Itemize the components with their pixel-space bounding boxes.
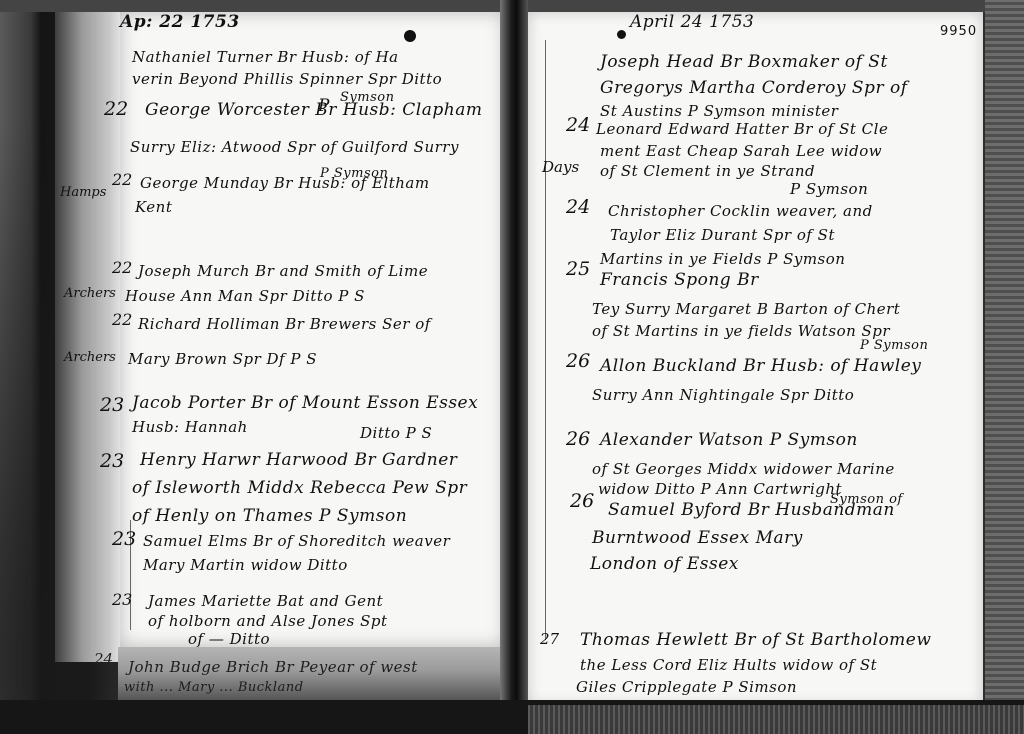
entry-line: of Henly on Thames P Symson (132, 506, 407, 526)
entry-line: widow Ditto P Ann Cartwright (598, 480, 842, 498)
entry-line: Burntwood Essex Mary (592, 528, 803, 548)
entry-line: P (318, 96, 330, 116)
entry-line: George Worcester Br Husb: Clapham (145, 100, 482, 120)
entry-line: Ditto P S (360, 424, 432, 442)
entry-date: 24 (94, 650, 113, 668)
entry-line: Jacob Porter Br of Mount Esson Essex (132, 393, 478, 413)
entry-line: verin Beyond Phillis Spinner Spr Ditto (132, 70, 442, 88)
book-spine (500, 0, 528, 734)
entry-line: Samuel Elms Br of Shoreditch weaver (143, 532, 450, 550)
entry-line: ment East Cheap Sarah Lee widow (600, 142, 882, 160)
entry-line: Henry Harwr Harwood Br Gardner (140, 450, 457, 470)
entry-line: Surry Eliz: Atwood Spr of Guilford Surry (130, 138, 459, 156)
entry-line: St Austins P Symson minister (600, 102, 838, 120)
entry-line: Allon Buckland Br Husb: of Hawley (600, 356, 921, 376)
entry-line: Nathaniel Turner Br Husb: of Ha (132, 48, 399, 66)
film-bottom-edge-right (528, 705, 1024, 734)
entry-line: P Symson (320, 166, 388, 181)
entry-line: Symson of (830, 492, 903, 507)
margin-note: Hamps (60, 185, 106, 200)
entry-date: 23 (112, 590, 132, 609)
entry-line: House Ann Man Spr Ditto P S (125, 287, 365, 305)
entry-line: Richard Holliman Br Brewers Ser of (138, 315, 431, 333)
entry-date: 25 (566, 258, 590, 280)
entry-date: 26 (566, 350, 590, 372)
entry-line: of — Ditto (188, 630, 270, 648)
entry-line: London of Essex (590, 554, 739, 574)
entry-line: P Symson (860, 338, 928, 353)
entry-line: Martins in ye Fields P Symson (600, 250, 845, 268)
entry-date: 27 (540, 630, 559, 648)
entry-line: Tey Surry Margaret B Barton of Chert (592, 300, 900, 318)
entry-line: of St Georges Middx widower Marine (592, 460, 895, 478)
entry-line: Mary Martin widow Ditto (143, 556, 348, 574)
ink-blot (404, 30, 416, 42)
entry-date: 22 (112, 258, 132, 277)
left-page-header: Ap: 22 1753 (120, 12, 240, 32)
right-margin-rule (545, 40, 546, 640)
entry-line: Kent (135, 198, 172, 216)
entry-date: 26 (570, 490, 594, 512)
entry-date: 24 (566, 114, 590, 136)
entry-line: Leonard Edward Hatter Br of St Cle (596, 120, 888, 138)
left-page-footer-strip (118, 647, 508, 705)
entry-line: Taylor Eliz Durant Spr of St (610, 226, 835, 244)
folio-number: 9950 (940, 24, 977, 39)
entry-date: 26 (566, 428, 590, 450)
entry-line: James Mariette Bat and Gent (148, 592, 383, 610)
entry-line: Giles Cripplegate P Simson (576, 678, 797, 696)
entry-line: Christopher Cocklin weaver, and (608, 202, 873, 220)
ink-blot (617, 30, 626, 39)
entry-line: Joseph Head Br Boxmaker of St (600, 52, 888, 72)
entry-line: Surry Ann Nightingale Spr Ditto (592, 386, 854, 404)
entry-date: 23 (112, 528, 136, 550)
entry-line: Husb: Hannah (132, 418, 248, 436)
entry-line: the Less Cord Eliz Hults widow of St (580, 656, 877, 674)
margin-note: Archers (64, 350, 116, 365)
entry-line: of St Martins in ye fields Watson Spr (592, 322, 890, 340)
entry-date: 24 (566, 196, 590, 218)
right-page-header: April 24 1753 (630, 12, 754, 32)
entry-line: John Budge Brich Br Peyear of west (128, 658, 418, 676)
entry-date: 22 (104, 98, 128, 120)
entry-line: P Symson (790, 180, 868, 198)
entry-line: of Isleworth Middx Rebecca Pew Spr (132, 478, 467, 498)
entry-line: Alexander Watson P Symson (600, 430, 858, 450)
entry-date: 23 (100, 450, 124, 472)
entry-line: Joseph Murch Br and Smith of Lime (138, 262, 428, 280)
entry-line: Francis Spong Br (600, 270, 759, 290)
right-page-edge (985, 0, 1024, 734)
entry-line: of holborn and Alse Jones Spt (148, 612, 387, 630)
margin-note: Days (542, 158, 579, 176)
entry-line: Gregorys Martha Corderoy Spr of (600, 78, 908, 98)
entry-date: 23 (100, 394, 124, 416)
entry-line: with ... Mary ... Buckland (124, 680, 304, 695)
entry-line: Mary Brown Spr Df P S (128, 350, 317, 368)
entry-line: of St Clement in ye Strand (600, 162, 815, 180)
entry-date: 22 (112, 170, 132, 189)
entry-date: 22 (112, 310, 132, 329)
margin-note: Archers (64, 286, 116, 301)
entry-line: Thomas Hewlett Br of St Bartholomew (580, 630, 931, 650)
